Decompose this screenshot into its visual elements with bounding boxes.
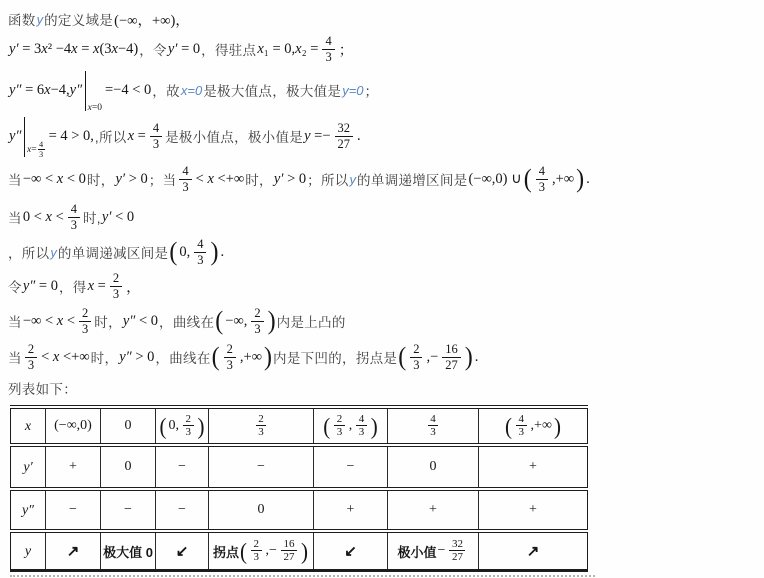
line-domain: 函数y的定义域是(−∞，+∞)， — [8, 7, 760, 31]
cell-content: ↗ — [48, 542, 98, 560]
cell-content: + — [48, 459, 98, 475]
fraction: 23 — [183, 414, 194, 438]
math-segment: =−4 < 0 — [104, 82, 152, 99]
denominator: 3 — [251, 550, 262, 563]
denominator: 3 — [183, 425, 194, 438]
table-cell: − — [209, 445, 314, 489]
line-second-derivative-at-0: y″ = 6x−4,y″x=0=−4 < 0，故x=0是极大值点，极大值是y=0… — [8, 67, 760, 113]
text-segment: ；所以 — [307, 169, 348, 189]
cell-content: ↙ — [316, 542, 385, 560]
denominator: 3 — [194, 252, 206, 267]
fraction-wrap: 1627 — [278, 539, 300, 563]
cell-content: 极小值−3227 — [390, 539, 476, 563]
text-segment: 内是上凸的 — [277, 311, 346, 331]
math-segment: −∞ < x < 0 — [22, 171, 87, 188]
cell-content: − — [103, 502, 153, 518]
table-cell: + — [314, 489, 388, 531]
math-segment: y =− — [303, 128, 331, 145]
cell-content: − — [158, 502, 206, 518]
math-segment: − — [123, 502, 133, 518]
numerator: 32 — [335, 122, 354, 136]
variable-segment: y=0 — [341, 83, 364, 98]
line-convex-interval-inflection: 当23< x <+∞时，y″ > 0，曲线在(23,+∞)内是下凹的，拐点是(2… — [8, 339, 760, 375]
fraction-wrap: 43 — [176, 165, 194, 194]
evaluation-subscript: x=0 — [88, 103, 102, 113]
table-cell: + — [479, 489, 588, 531]
numerator: 2 — [183, 414, 194, 425]
denominator: 27 — [449, 550, 465, 563]
row-y: y↗极大值 0↙拐点(23,−1627)↙极小值−3227↗ — [11, 531, 588, 571]
text-segment: ，故 — [152, 80, 180, 100]
text-segment: 令 — [8, 276, 22, 296]
table-cell: 43 — [388, 407, 479, 445]
evaluation-bar: x=43 — [24, 115, 45, 157]
fraction: 43 — [428, 414, 439, 438]
big-paren: ) — [210, 239, 218, 266]
denominator: 3 — [150, 136, 162, 151]
numerator: 4 — [150, 122, 162, 136]
table-cell: − — [156, 445, 209, 489]
text-segment: ；当 — [149, 169, 177, 189]
line-decreasing-condition: 当0 < x <43时,y′ < 0 — [8, 199, 760, 235]
text-segment: 当 — [8, 347, 22, 367]
evaluation-bar: x=0 — [85, 69, 102, 111]
denominator: 3 — [224, 357, 236, 372]
numerator: 4 — [428, 414, 439, 425]
fraction-wrap: 23 — [248, 307, 266, 336]
text-segment: 时， — [91, 347, 119, 367]
math-segment: (−∞,0) — [53, 418, 93, 434]
cell-content: + — [481, 502, 585, 518]
math-segment: 0 — [124, 459, 133, 475]
fraction: 23 — [25, 343, 37, 372]
math-segment: x = — [127, 128, 147, 145]
math-segment: 0 — [429, 459, 438, 475]
math-segment: . — [474, 349, 480, 366]
text-segment: 时， — [87, 169, 115, 189]
text-segment: ，曲线在 — [159, 311, 214, 331]
big-paren: ( — [524, 166, 532, 193]
math-segment: 0 — [257, 502, 266, 518]
text-segment: ，得 — [59, 276, 87, 296]
fraction: 43 — [150, 122, 162, 151]
text-segment: ，令 — [139, 39, 167, 59]
table-cell: ↗ — [479, 531, 588, 571]
cell-content: (23,43) — [316, 414, 385, 438]
numerator: 2 — [251, 539, 262, 550]
fraction: 43 — [68, 203, 80, 232]
big-paren: ) — [576, 166, 584, 193]
vertical-bar — [85, 71, 86, 111]
math-segment: −∞, — [224, 313, 248, 330]
fraction: 43 — [536, 165, 548, 194]
monotonicity-arrow-icon: ↙ — [176, 542, 189, 560]
math-segment: −∞ < x < — [22, 313, 76, 330]
numerator: 2 — [256, 414, 267, 425]
denominator: 27 — [442, 357, 461, 372]
fraction: 1627 — [442, 343, 461, 372]
math-segment: + — [346, 502, 356, 518]
numerator: 4 — [516, 414, 527, 425]
text-segment: 当 — [8, 207, 22, 227]
line-concave-interval: 当−∞ < x <23时，y″ < 0，曲线在(−∞,23)内是上凸的 — [8, 303, 760, 339]
denominator: 3 — [536, 179, 548, 194]
math-segment: 0 < x < — [22, 209, 65, 226]
variable-segment: y — [49, 245, 58, 260]
fraction: 23 — [110, 272, 122, 301]
cell-content: 23 — [211, 414, 311, 438]
cell-content: 拐点(23,−1627) — [211, 539, 311, 563]
math-segment: − — [177, 459, 187, 475]
table-cell: + — [46, 445, 101, 489]
text-segment: 时， — [94, 311, 122, 331]
math-segment: y″ — [21, 503, 35, 518]
denominator: 3 — [322, 49, 334, 64]
text-segment: ，得驻点 — [201, 39, 256, 59]
table-cell: 极小值−3227 — [388, 531, 479, 571]
variable-segment: x=0 — [180, 83, 203, 98]
cell-content: + — [481, 459, 585, 475]
text-segment: ,所以 — [95, 126, 127, 146]
cell-content: 0 — [211, 502, 311, 518]
fraction: 3227 — [449, 539, 465, 563]
fraction-wrap: 23 — [76, 307, 94, 336]
big-paren: ) — [465, 344, 473, 371]
table-cell: − — [101, 489, 156, 531]
numerator: 4 — [536, 165, 548, 179]
fraction-wrap: 43 — [513, 414, 530, 438]
table-cell: + — [479, 445, 588, 489]
numerator: 32 — [449, 539, 465, 550]
table-cell: (23,43) — [314, 407, 388, 445]
text-segment: 的单调递减区间是 — [58, 242, 168, 262]
cell-content: 0 — [103, 459, 153, 475]
fraction: 3227 — [335, 122, 354, 151]
math-segment: x₁ = 0,x₂ = — [256, 41, 319, 58]
big-paren: ) — [301, 539, 308, 563]
text-segment: 极小值 — [398, 542, 437, 561]
text-segment: 是极大值点，极大值是 — [203, 80, 341, 100]
line-increasing-intervals: 当−∞ < x < 0时，y′ > 0；当43< x <+∞时，y′ > 0；所… — [8, 159, 760, 199]
fraction-wrap: 43 — [191, 238, 209, 267]
math-segment: . — [219, 244, 225, 261]
text-segment: 列表如下： — [8, 378, 77, 398]
denominator: 3 — [68, 217, 80, 232]
row-header: x — [11, 407, 46, 445]
math-segment: ,− — [265, 543, 278, 559]
variable-segment: y — [36, 12, 45, 27]
text-segment: 是极小值点，极小值是 — [165, 126, 303, 146]
denominator: 3 — [79, 321, 91, 336]
table-cell: 23 — [209, 407, 314, 445]
text-segment: ，所以 — [8, 242, 49, 262]
cell-content: ↙ — [158, 542, 206, 560]
cell-content: − — [48, 502, 98, 518]
numerator: 4 — [179, 165, 191, 179]
cell-content: 极大值 0 — [103, 542, 153, 561]
fraction-wrap: 43 — [147, 122, 165, 151]
math-segment: (−∞，+∞)， — [113, 9, 191, 30]
fraction: 23 — [79, 307, 91, 336]
row-header: y″ — [11, 489, 46, 531]
math-segment: − — [68, 502, 78, 518]
math-segment: 0, — [168, 418, 181, 434]
fraction-wrap: 43 — [65, 203, 83, 232]
line-decreasing-interval: ，所以y的单调递减区间是(0,43). — [8, 235, 760, 269]
fraction-wrap: 23 — [221, 343, 239, 372]
table-cell: 0 — [388, 445, 479, 489]
math-segment: − — [177, 502, 187, 518]
numerator: 16 — [281, 539, 297, 550]
fraction-wrap: 1627 — [439, 343, 464, 372]
denominator: 3 — [110, 286, 122, 301]
fraction: 23 — [224, 343, 236, 372]
math-segment: y″ > 0 — [118, 349, 155, 366]
numerator: 2 — [334, 414, 345, 425]
numerator: 4 — [38, 141, 45, 149]
big-paren: ( — [240, 539, 247, 563]
fraction-wrap: 3227 — [446, 539, 468, 563]
big-paren: ( — [212, 344, 220, 371]
math-segment: ； — [338, 39, 355, 60]
cell-content: (−∞,0) — [48, 418, 98, 434]
math-segment: ， — [125, 276, 142, 297]
text-segment: 当 — [8, 169, 22, 189]
math-segment: = 4 > 0, — [48, 128, 95, 145]
math-segment: − — [437, 543, 447, 559]
math-segment: y′ — [22, 460, 33, 475]
text-segment: 极大值 0 — [103, 542, 153, 561]
denominator: 27 — [335, 136, 354, 151]
math-segment: + — [528, 502, 538, 518]
math-segment: y′ > 0 — [273, 171, 307, 188]
big-paren: ) — [264, 344, 272, 371]
math-segment: y′ = 3x² −4x = x(3x−4) — [8, 41, 139, 58]
cell-content: (0,23) — [158, 414, 206, 438]
text-segment: 的定义域是 — [44, 9, 113, 29]
fraction-wrap: 23 — [253, 414, 270, 438]
row-x: x(−∞,0)0(0,23)23(23,43)43(43,+∞) — [11, 407, 588, 445]
big-paren: ( — [169, 239, 177, 266]
fraction-wrap: 43 — [353, 414, 370, 438]
table-cell: 0 — [101, 407, 156, 445]
solution-lines: 函数y的定义域是(−∞，+∞)，y′ = 3x² −4x = x(3x−4)，令… — [8, 7, 760, 399]
numerator: 2 — [25, 343, 37, 357]
cell-content: − — [158, 459, 206, 475]
math-segment: + — [68, 459, 78, 475]
big-paren: ( — [215, 308, 223, 335]
fraction: 43 — [194, 238, 206, 267]
fraction: 43 — [356, 414, 367, 438]
row-y-prime: y′+0−−−0+ — [11, 445, 588, 489]
line-table-intro: 列表如下： — [8, 377, 760, 399]
fraction-wrap: 23 — [407, 343, 425, 372]
math-segment: ,+∞ — [551, 171, 575, 188]
text-segment: ； — [365, 80, 379, 100]
math-segment: 0, — [178, 244, 191, 261]
big-paren: ( — [398, 344, 406, 371]
fraction: 43 — [179, 165, 191, 194]
table-cell: − — [46, 489, 101, 531]
table-cell: (0,23) — [156, 407, 209, 445]
table-cell: ↙ — [314, 531, 388, 571]
math-segment: x — [24, 419, 32, 434]
scan-artifact-dotted-line — [10, 575, 595, 577]
fraction: 23 — [334, 414, 345, 438]
fraction-wrap: 23 — [248, 539, 265, 563]
cell-content: + — [316, 502, 385, 518]
cell-content: 0 — [390, 459, 476, 475]
fraction: 43 — [322, 35, 334, 64]
big-paren: ( — [323, 414, 330, 438]
text-segment: 的单调递增区间是 — [357, 169, 467, 189]
denominator: 3 — [356, 425, 367, 438]
line-second-derivative-at-4-3: y″x=43= 4 > 0,,所以 x =43是极小值点，极小值是 y =−32… — [8, 113, 760, 159]
denominator: 3 — [516, 425, 527, 438]
cell-content: − — [211, 459, 311, 475]
math-segment: + — [528, 459, 538, 475]
denominator: 3 — [25, 357, 37, 372]
denominator: 3 — [334, 425, 345, 438]
numerator: 2 — [110, 272, 122, 286]
math-segment: 0 — [124, 418, 133, 434]
text-segment: 内是下凹的，拐点是 — [273, 347, 397, 367]
table-cell: (−∞,0) — [46, 407, 101, 445]
text-segment: 时， — [245, 169, 273, 189]
denominator: 3 — [428, 425, 439, 438]
math-segment: + — [428, 502, 438, 518]
math-segment: − — [256, 459, 266, 475]
fraction-wrap: 23 — [107, 272, 125, 301]
cell-content: 43 — [390, 414, 476, 438]
fraction-wrap: 23 — [22, 343, 40, 372]
fraction: 43 — [38, 141, 45, 159]
numerator: 2 — [410, 343, 422, 357]
monotonicity-arrow-icon: ↗ — [527, 542, 540, 560]
line-second-derivative-zero: 令y″ = 0，得x =23， — [8, 269, 760, 303]
numerator: 16 — [442, 343, 461, 357]
fraction-wrap: 43 — [425, 414, 442, 438]
math-segment: y″ — [8, 128, 22, 145]
monotonicity-arrow-icon: ↙ — [344, 542, 357, 560]
math-segment: . — [356, 128, 362, 145]
denominator: 27 — [281, 550, 297, 563]
numerator: 4 — [194, 238, 206, 252]
math-segment: y″ = 6x−4,y″ — [8, 82, 83, 99]
fraction: 23 — [251, 307, 263, 336]
fraction-wrap: 3227 — [332, 122, 357, 151]
cell-content: (43,+∞) — [481, 414, 585, 438]
math-segment: ,− — [425, 349, 439, 366]
row-y-double-prime: y″−−−0+++ — [11, 489, 588, 531]
big-paren: ) — [371, 414, 378, 438]
math-segment: y″ < 0 — [122, 313, 159, 330]
fraction-wrap: 23 — [180, 414, 197, 438]
table-body: x(−∞,0)0(0,23)23(23,43)43(43,+∞)y′+0−−−0… — [11, 407, 588, 571]
row-header: y — [11, 531, 46, 571]
math-segment: (−∞,0) ∪ — [467, 171, 522, 188]
cell-content: ↗ — [481, 542, 585, 560]
monotonicity-arrow-icon: ↗ — [67, 542, 80, 560]
big-paren: ) — [554, 414, 561, 438]
big-paren: ) — [198, 414, 205, 438]
text-segment: 函数 — [8, 9, 36, 29]
table-cell: 0 — [209, 489, 314, 531]
text-segment: ，曲线在 — [155, 347, 210, 367]
fraction-wrap: 43 — [319, 35, 337, 64]
table-cell: − — [314, 445, 388, 489]
fraction-wrap: 23 — [331, 414, 348, 438]
math-segment: . — [585, 171, 591, 188]
fraction: 23 — [251, 539, 262, 563]
big-paren: ( — [160, 414, 167, 438]
denominator: 3 — [179, 179, 191, 194]
math-segment: ,+∞ — [239, 349, 263, 366]
table-cell: + — [388, 489, 479, 531]
fraction: 43 — [516, 414, 527, 438]
cell-content: 0 — [103, 418, 153, 434]
variable-segment: y — [349, 172, 358, 187]
big-paren: ) — [268, 308, 276, 335]
fraction: 23 — [410, 343, 422, 372]
math-segment: y″ = 0 — [22, 278, 59, 295]
denominator: 3 — [38, 149, 45, 159]
fraction-wrap: 43 — [533, 165, 551, 194]
denominator: 3 — [256, 425, 267, 438]
math-segment: − — [346, 459, 356, 475]
variation-table: x(−∞,0)0(0,23)23(23,43)43(43,+∞)y′+0−−−0… — [10, 405, 588, 572]
table-cell: ↙ — [156, 531, 209, 571]
math-segment: y′ = 0 — [167, 41, 201, 58]
math-segment: y — [24, 544, 32, 559]
math-segment: x = — [87, 278, 107, 295]
numerator: 2 — [79, 307, 91, 321]
line-first-derivative: y′ = 3x² −4x = x(3x−4)，令 y′ = 0，得驻点 x₁ =… — [8, 31, 760, 67]
table-cell: − — [156, 489, 209, 531]
math-segment: < x <+∞ — [40, 349, 91, 366]
vertical-bar — [24, 117, 25, 157]
numerator: 2 — [224, 343, 236, 357]
text-segment: 拐点 — [213, 542, 239, 561]
evaluation-subscript: x=43 — [27, 141, 46, 159]
table-cell: (43,+∞) — [479, 407, 588, 445]
big-paren: ( — [505, 414, 512, 438]
table-cell: ↗ — [46, 531, 101, 571]
cell-content: + — [390, 502, 476, 518]
math-segment: y′ < 0 — [101, 209, 135, 226]
math-solution-document: 函数y的定义域是(−∞，+∞)，y′ = 3x² −4x = x(3x−4)，令… — [0, 0, 764, 578]
math-segment: ,+∞ — [530, 418, 553, 434]
table-cell: 拐点(23,−1627) — [209, 531, 314, 571]
fraction: 1627 — [281, 539, 297, 563]
math-segment: < x <+∞ — [195, 171, 246, 188]
math-segment: y′ > 0 — [115, 171, 149, 188]
numerator: 2 — [251, 307, 263, 321]
numerator: 4 — [356, 414, 367, 425]
cell-content: − — [316, 459, 385, 475]
numerator: 4 — [322, 35, 334, 49]
fraction: 23 — [256, 414, 267, 438]
text-segment: 当 — [8, 311, 22, 331]
text-segment: 时, — [83, 207, 101, 227]
denominator: 3 — [251, 321, 263, 336]
row-header: y′ — [11, 445, 46, 489]
numerator: 4 — [68, 203, 80, 217]
table-cell: 0 — [101, 445, 156, 489]
table-cell: 极大值 0 — [101, 531, 156, 571]
denominator: 3 — [410, 357, 422, 372]
